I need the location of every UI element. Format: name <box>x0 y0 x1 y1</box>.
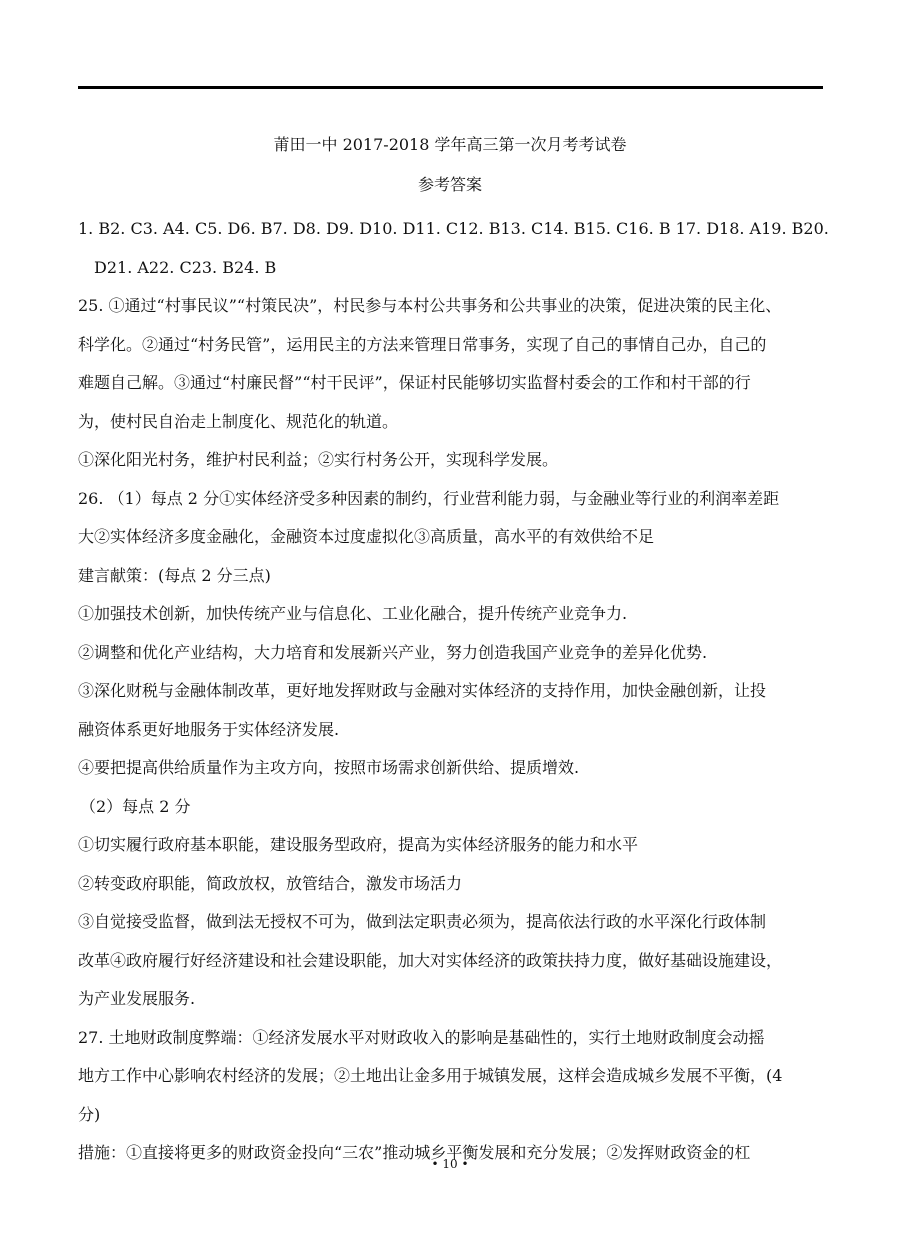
answer-line-q27-2: 地方工作中心影响农村经济的发展；②土地出让金多用于城镇发展，这样会造成城乡发展不… <box>78 1057 826 1096</box>
answer-line-q26-3: 建言献策：(每点 2 分三点) <box>78 557 826 596</box>
document-title: 莆田一中 2017-2018 学年高三第一次月考考试卷 <box>0 133 900 157</box>
answer-content: 1. B2. C3. A4. C5. D6. B7. D8. D9. D10. … <box>78 210 826 1173</box>
answer-line-q26-9: （2）每点 2 分 <box>78 788 826 827</box>
answer-line-q26-10: ①切实履行政府基本职能，建设服务型政府，提高为实体经济服务的能力和水平 <box>78 826 826 865</box>
answer-line-q26-5: ②调整和优化产业结构，大力培育和发展新兴产业，努力创造我国产业竞争的差异化优势. <box>78 634 826 673</box>
answer-line-q26-8: ④要把提高供给质量作为主攻方向，按照市场需求创新供给、提质增效. <box>78 749 826 788</box>
answer-line-q27-3: 分) <box>78 1096 826 1135</box>
answer-line-choice-1: 1. B2. C3. A4. C5. D6. B7. D8. D9. D10. … <box>78 210 826 249</box>
page-number: • 10 • <box>0 1156 900 1172</box>
answer-line-choice-2: D21. A22. C23. B24. B <box>78 249 826 288</box>
answer-line-q27-1: 27. 土地财政制度弊端：①经济发展水平对财政收入的影响是基础性的，实行土地财政… <box>78 1019 826 1058</box>
answer-line-q26-2: 大②实体经济多度金融化，金融资本过度虚拟化③高质量，高水平的有效供给不足 <box>78 518 826 557</box>
answer-line-q25-1: 25. ①通过“村事民议”“村策民决”，村民参与本村公共事务和公共事业的决策，促… <box>78 287 826 326</box>
document-subtitle: 参考答案 <box>0 173 900 197</box>
answer-line-q26-7: 融资体系更好地服务于实体经济发展. <box>78 711 826 750</box>
answer-line-q25-5: ①深化阳光村务，维护村民利益；②实行村务公开，实现科学发展。 <box>78 441 826 480</box>
answer-line-q26-14: 为产业发展服务. <box>78 980 826 1019</box>
answer-line-q26-11: ②转变政府职能，简政放权，放管结合，激发市场活力 <box>78 865 826 904</box>
answer-line-q25-3: 难题自己解。③通过“村廉民督”“村干民评”，保证村民能够切实监督村委会的工作和村… <box>78 364 826 403</box>
answer-line-q26-4: ①加强技术创新，加快传统产业与信息化、工业化融合，提升传统产业竞争力. <box>78 595 826 634</box>
answer-line-q26-12: ③自觉接受监督，做到法无授权不可为，做到法定职责必须为，提高依法行政的水平深化行… <box>78 903 826 942</box>
answer-line-q26-6: ③深化财税与金融体制改革，更好地发挥财政与金融对实体经济的支持作用，加快金融创新… <box>78 672 826 711</box>
answer-line-q25-2: 科学化。②通过“村务民管”，运用民主的方法来管理日常事务，实现了自己的事情自己办… <box>78 326 826 365</box>
answer-line-q26-13: 改革④政府履行好经济建设和社会建设职能，加大对实体经济的政策扶持力度，做好基础设… <box>78 942 826 981</box>
answer-line-q25-4: 为，使村民自治走上制度化、规范化的轨道。 <box>78 403 826 442</box>
answer-line-q26-1: 26. （1）每点 2 分①实体经济受多种因素的制约，行业营利能力弱，与金融业等… <box>78 480 826 519</box>
header-rule <box>78 86 823 89</box>
